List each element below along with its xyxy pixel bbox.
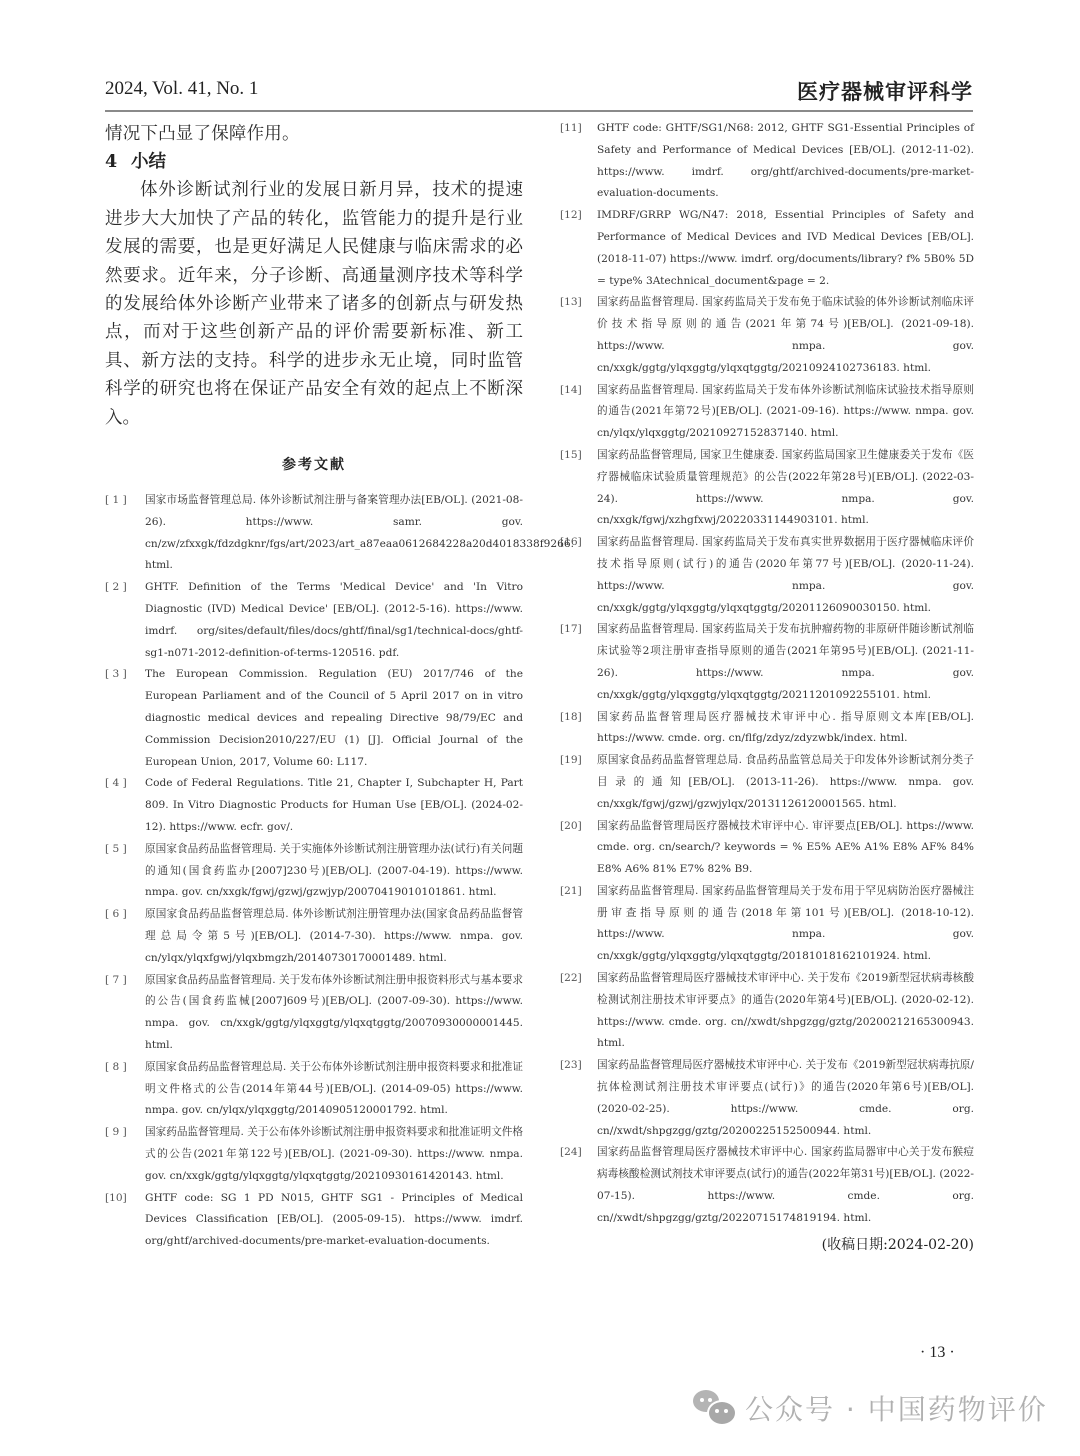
reference-item: [ 3 ]The European Commission. Regulation… bbox=[105, 664, 523, 773]
reference-number: [ 1 ] bbox=[105, 490, 127, 512]
reference-item: [ 9 ]国家药品监督管理局. 关于公布体外诊断试剂注册申报资料要求和批准证明文… bbox=[105, 1122, 523, 1187]
reference-text: 国家药品监督管理局. 国家药监局关于发布体外诊断试剂临床试验技术指导原则的通告(… bbox=[597, 384, 974, 440]
reference-number: [22] bbox=[560, 968, 582, 990]
reference-text: 原国家食品药品监督管理局. 关于实施体外诊断试剂注册管理办法(试行)有关问题的通… bbox=[145, 843, 523, 899]
reference-text: 国家药品监督管理局. 国家药监局关于发布免于临床试验的体外诊断试剂临床评价技术指… bbox=[597, 296, 974, 373]
wechat-icon bbox=[693, 1388, 737, 1428]
reference-text: 国家药品监督管理局, 国家卫生健康委. 国家药监局国家卫生健康委关于发布《医疗器… bbox=[597, 449, 974, 526]
watermark-text: 公众号 · 中国药物评价 bbox=[745, 1388, 1048, 1428]
reference-number: [ 9 ] bbox=[105, 1122, 127, 1144]
reference-item: [24]国家药品监督管理局医疗器械技术审评中心. 国家药监局器审中心关于发布猴痘… bbox=[560, 1142, 974, 1229]
section-title: 小结 bbox=[131, 152, 166, 172]
reference-item: [15]国家药品监督管理局, 国家卫生健康委. 国家药监局国家卫生健康委关于发布… bbox=[560, 445, 974, 532]
continuation-text: 情况下凸显了保障作用。 bbox=[105, 120, 523, 148]
reference-text: 国家药品监督管理局医疗器械技术审评中心. 国家药监局器审中心关于发布猴痘病毒核酸… bbox=[597, 1146, 974, 1223]
reference-text: 国家市场监督管理总局. 体外诊断试剂注册与备案管理办法[EB/OL]. (202… bbox=[145, 494, 574, 571]
reference-item: [ 8 ]原国家食品药品监督管理总局. 关于公布体外诊断试剂注册申报资料要求和批… bbox=[105, 1057, 523, 1122]
reference-number: [20] bbox=[560, 816, 582, 838]
page-number: · 13 · bbox=[920, 1344, 955, 1362]
reference-number: [21] bbox=[560, 881, 582, 903]
reference-item: [ 4 ]Code of Federal Regulations. Title … bbox=[105, 773, 523, 838]
volume-info: 2024, Vol. 41, No. 1 bbox=[105, 78, 258, 100]
reference-number: [15] bbox=[560, 445, 582, 467]
reference-number: [10] bbox=[105, 1188, 127, 1210]
reference-number: [ 8 ] bbox=[105, 1057, 127, 1079]
reference-text: GHTF. Definition of the Terms 'Medical D… bbox=[145, 581, 523, 658]
reference-number: [ 5 ] bbox=[105, 839, 127, 861]
reference-number: [23] bbox=[560, 1055, 582, 1077]
reference-item: [21]国家药品监督管理局. 国家药品监督管理局关于发布用于罕见病防治医疗器械注… bbox=[560, 881, 974, 968]
reference-item: [ 2 ]GHTF. Definition of the Terms 'Medi… bbox=[105, 577, 523, 664]
reference-number: [24] bbox=[560, 1142, 582, 1164]
summary-paragraph: 体外诊断试剂行业的发展日新月异，技术的提速进步大大加快了产品的转化，监管能力的提… bbox=[105, 176, 523, 432]
reference-number: [11] bbox=[560, 118, 582, 140]
reference-item: [13]国家药品监督管理局. 国家药监局关于发布免于临床试验的体外诊断试剂临床评… bbox=[560, 292, 974, 379]
reference-item: [ 7 ]原国家食品药品监督管理局. 关于发布体外诊断试剂注册申报资料形式与基本… bbox=[105, 970, 523, 1057]
reference-number: [ 2 ] bbox=[105, 577, 127, 599]
section-heading: 4小结 bbox=[105, 149, 523, 175]
reference-number: [ 6 ] bbox=[105, 904, 127, 926]
reference-item: [22]国家药品监督管理局医疗器械技术审评中心. 关于发布《2019新型冠状病毒… bbox=[560, 968, 974, 1055]
reference-item: [12]IMDRF/GRRP WG/N47: 2018, Essential P… bbox=[560, 205, 974, 292]
reference-text: 原国家食品药品监督管理局. 关于发布体外诊断试剂注册申报资料形式与基本要求的公告… bbox=[145, 974, 523, 1051]
reference-text: 国家药品监督管理局. 国家药品监督管理局关于发布用于罕见病防治医疗器械注册审查指… bbox=[597, 885, 974, 962]
reference-item: [14]国家药品监督管理局. 国家药监局关于发布体外诊断试剂临床试验技术指导原则… bbox=[560, 380, 974, 445]
reference-item: [ 1 ]国家市场监督管理总局. 体外诊断试剂注册与备案管理办法[EB/OL].… bbox=[105, 490, 523, 577]
reference-item: [19]原国家食品药品监督管理总局. 食品药品监管总局关于印发体外诊断试剂分类子… bbox=[560, 750, 974, 815]
journal-title: 医疗器械审评科学 bbox=[797, 76, 973, 106]
reference-text: 原国家食品药品监督管理总局. 关于公布体外诊断试剂注册申报资料要求和批准证明文件… bbox=[145, 1061, 523, 1117]
reference-number: [12] bbox=[560, 205, 582, 227]
right-column: [11]GHTF code: GHTF/SG1/N68: 2012, GHTF … bbox=[560, 118, 974, 1254]
reference-number: [ 3 ] bbox=[105, 664, 127, 686]
reference-text: Code of Federal Regulations. Title 21, C… bbox=[145, 777, 523, 833]
reference-text: 原国家食品药品监督管理总局. 食品药品监管总局关于印发体外诊断试剂分类子目录的通… bbox=[597, 754, 974, 810]
reference-item: [18]国家药品监督管理局医疗器械技术审评中心. 指导原则文本库[EB/OL].… bbox=[560, 707, 974, 751]
reference-number: [ 4 ] bbox=[105, 773, 127, 795]
reference-text: GHTF code: SG 1 PD N015, GHTF SG1 - Prin… bbox=[145, 1192, 523, 1248]
reference-item: [ 5 ]原国家食品药品监督管理局. 关于实施体外诊断试剂注册管理办法(试行)有… bbox=[105, 839, 523, 904]
reference-text: The European Commission. Regulation (EU)… bbox=[145, 668, 523, 767]
references-title: 参考文献 bbox=[105, 454, 523, 474]
reference-number: [19] bbox=[560, 750, 582, 772]
reference-item: [23]国家药品监督管理局医疗器械技术审评中心. 关于发布《2019新型冠状病毒… bbox=[560, 1055, 974, 1142]
reference-item: [16]国家药品监督管理局. 国家药监局关于发布真实世界数据用于医疗器械临床评价… bbox=[560, 532, 974, 619]
reference-text: IMDRF/GRRP WG/N47: 2018, Essential Princ… bbox=[597, 209, 974, 286]
reference-list-right: [11]GHTF code: GHTF/SG1/N68: 2012, GHTF … bbox=[560, 118, 974, 1230]
reference-text: 国家药品监督管理局医疗器械技术审评中心. 关于发布《2019新型冠状病毒核酸检测… bbox=[597, 972, 974, 1049]
reference-item: [20]国家药品监督管理局医疗器械技术审评中心. 审评要点[EB/OL]. ht… bbox=[560, 816, 974, 881]
reference-item: [17]国家药品监督管理局. 国家药监局关于发布抗肿瘤药物的非原研伴随诊断试剂临… bbox=[560, 619, 974, 706]
reference-item: [11]GHTF code: GHTF/SG1/N68: 2012, GHTF … bbox=[560, 118, 974, 205]
page-header: 2024, Vol. 41, No. 1 医疗器械审评科学 bbox=[105, 76, 973, 112]
reference-text: 国家药品监督管理局. 关于公布体外诊断试剂注册申报资料要求和批准证明文件格式的公… bbox=[145, 1126, 523, 1182]
reference-number: [16] bbox=[560, 532, 582, 554]
reference-number: [13] bbox=[560, 292, 582, 314]
received-date: (收稿日期:2024-02-20) bbox=[560, 1234, 974, 1254]
reference-text: 国家药品监督管理局. 国家药监局关于发布抗肿瘤药物的非原研伴随诊断试剂临床试验等… bbox=[597, 623, 974, 700]
reference-number: [18] bbox=[560, 707, 582, 729]
reference-number: [17] bbox=[560, 619, 582, 641]
reference-item: [ 6 ]原国家食品药品监督管理总局. 体外诊断试剂注册管理办法(国家食品药品监… bbox=[105, 904, 523, 969]
section-number: 4 bbox=[105, 149, 131, 175]
reference-list-left: [ 1 ]国家市场监督管理总局. 体外诊断试剂注册与备案管理办法[EB/OL].… bbox=[105, 490, 523, 1253]
watermark: 公众号 · 中国药物评价 bbox=[693, 1386, 1048, 1430]
reference-text: 国家药品监督管理局医疗器械技术审评中心. 指导原则文本库[EB/OL]. htt… bbox=[597, 711, 974, 745]
reference-text: GHTF code: GHTF/SG1/N68: 2012, GHTF SG1-… bbox=[597, 122, 974, 199]
reference-number: [ 7 ] bbox=[105, 970, 127, 992]
reference-text: 国家药品监督管理局. 国家药监局关于发布真实世界数据用于医疗器械临床评价技术指导… bbox=[597, 536, 974, 613]
reference-text: 原国家食品药品监督管理总局. 体外诊断试剂注册管理办法(国家食品药品监督管理总局… bbox=[145, 908, 523, 964]
reference-text: 国家药品监督管理局医疗器械技术审评中心. 审评要点[EB/OL]. https:… bbox=[597, 820, 974, 876]
reference-item: [10]GHTF code: SG 1 PD N015, GHTF SG1 - … bbox=[105, 1188, 523, 1253]
reference-number: [14] bbox=[560, 380, 582, 402]
reference-text: 国家药品监督管理局医疗器械技术审评中心. 关于发布《2019新型冠状病毒抗原/抗… bbox=[597, 1059, 974, 1136]
left-column: 情况下凸显了保障作用。 4小结 体外诊断试剂行业的发展日新月异，技术的提速进步大… bbox=[105, 120, 523, 1253]
